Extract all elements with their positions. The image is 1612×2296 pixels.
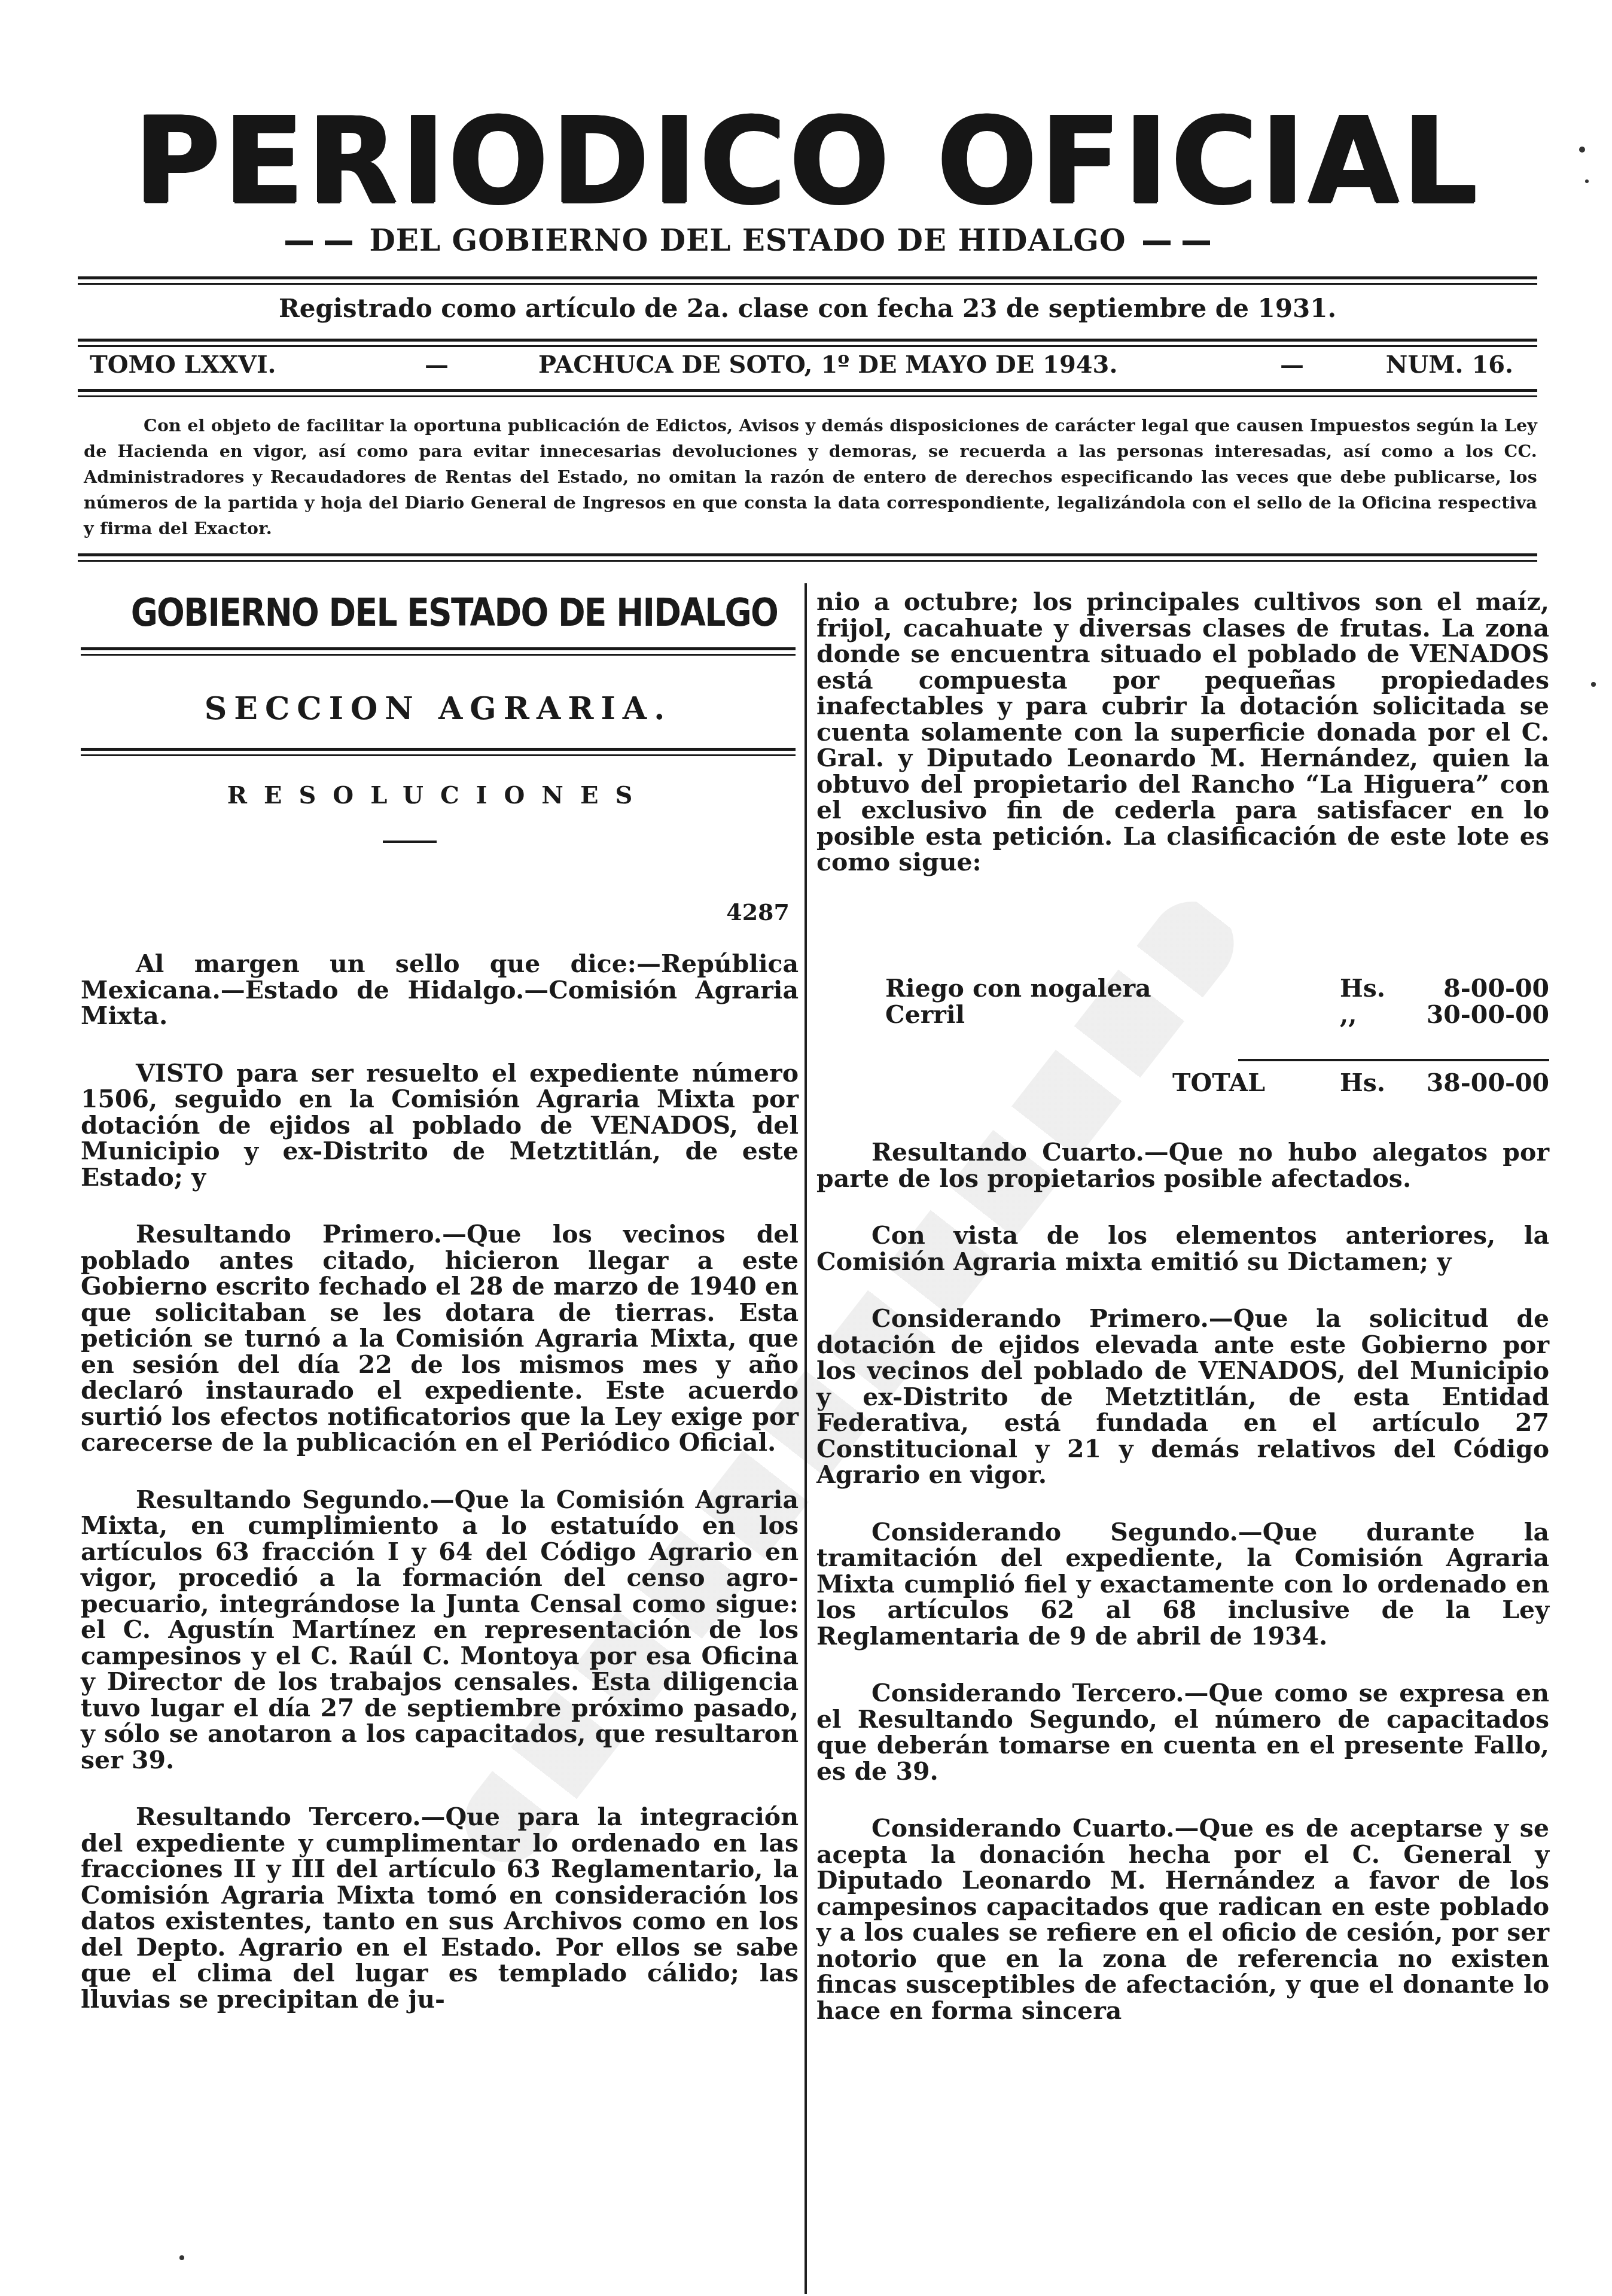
land-classification-table: Riego con nogalera Hs. 8-00-00 Cerril ,,… xyxy=(885,975,1549,1028)
unit: ,, xyxy=(1340,1001,1357,1028)
paragraph-considerando-cuarto: Considerando Cuarto.—Que es de aceptarse… xyxy=(816,1816,1549,2024)
document-number: 4287 xyxy=(646,897,790,927)
paragraph-considerando-tercero: Considerando Tercero.—Que como se expres… xyxy=(816,1680,1549,1785)
issue-line: TOMO LXXVI. — PACHUCA DE SOTO, 1º DE MAY… xyxy=(90,348,1525,382)
dash-decoration xyxy=(285,240,313,245)
total-rule xyxy=(1238,1059,1549,1061)
masthead-subtitle: DEL GOBIERNO DEL ESTADO DE HIDALGO xyxy=(179,223,1316,258)
dash-decoration xyxy=(1183,240,1210,245)
header-rule xyxy=(78,553,1537,562)
right-column-top: nio a octubre; los principales cultivos … xyxy=(816,589,1549,907)
land-type: Riego con nogalera xyxy=(885,975,1151,1001)
header-rule xyxy=(78,276,1537,285)
table-total-row: TOTAL Hs. 38-00-00 xyxy=(885,1068,1549,1098)
scan-speck xyxy=(1585,179,1589,183)
unit: Hs. xyxy=(1340,975,1385,1001)
paragraph-resultando-tercero: Resultando Tercero.—Que para la integrac… xyxy=(81,1804,799,2012)
paragraph-dictamen: Con vista de los elementos anteriores, l… xyxy=(816,1223,1549,1275)
subtitle-text: DEL GOBIERNO DEL ESTADO DE HIDALGO xyxy=(369,223,1126,258)
place-date: PACHUCA DE SOTO, 1º DE MAYO DE 1943. xyxy=(538,348,1117,382)
subsection-heading: RESOLUCIONES xyxy=(81,778,796,814)
left-column-body: Al margen un sello que dice:—República M… xyxy=(81,951,799,2044)
area-value: 30-00-00 xyxy=(1427,1001,1549,1028)
registration-line: Registrado como artículo de 2a. clase co… xyxy=(78,292,1537,325)
table-row: Cerril ,, 30-00-00 xyxy=(885,1001,1549,1028)
dash-decoration xyxy=(1143,240,1171,245)
unit: Hs. xyxy=(1340,1068,1385,1098)
header-rule xyxy=(78,389,1537,397)
section-rule xyxy=(81,748,796,756)
masthead-title: PERIODICO OFICIAL xyxy=(84,101,1531,223)
paragraph-continuation: nio a octubre; los principales cultivos … xyxy=(816,589,1549,876)
short-rule xyxy=(383,841,437,843)
section-heading: SECCION AGRARIA. xyxy=(81,685,796,733)
header-rule xyxy=(78,339,1537,347)
table-row: Riego con nogalera Hs. 8-00-00 xyxy=(885,975,1549,1001)
area-value: 8-00-00 xyxy=(1443,975,1549,1001)
section-rule xyxy=(81,647,796,656)
paragraph-considerando-primero: Considerando Primero.—Que la solicitud d… xyxy=(816,1306,1549,1488)
scan-speck xyxy=(1591,682,1596,687)
land-type: Cerril xyxy=(885,1001,965,1028)
paragraph-visto: VISTO para ser resuelto el expediente nú… xyxy=(81,1061,799,1191)
total-label: TOTAL xyxy=(1172,1068,1265,1098)
paragraph-considerando-segundo: Considerando Segundo.—Que durante la tra… xyxy=(816,1519,1549,1650)
scan-speck xyxy=(179,2255,184,2260)
paragraph-seal: Al margen un sello que dice:—República M… xyxy=(81,951,799,1030)
dash-decoration xyxy=(325,240,352,245)
publication-notice: Con el objeto de facilitar la oportuna p… xyxy=(84,413,1537,541)
paragraph-resultando-cuarto: Resultando Cuarto.—Que no hubo alegatos … xyxy=(816,1140,1549,1192)
right-column-bottom: Resultando Cuarto.—Que no hubo alegatos … xyxy=(816,1140,1549,2055)
volume-label: TOMO LXXVI. xyxy=(90,348,276,382)
separator: — xyxy=(1280,348,1304,382)
separator: — xyxy=(425,348,449,382)
government-heading: GOBIERNO DEL ESTADO DE HIDALGO xyxy=(131,586,746,640)
paragraph-resultando-segundo: Resultando Segundo.—Que la Comisión Agra… xyxy=(81,1487,799,1774)
issue-number: NUM. 16. xyxy=(1386,348,1513,382)
total-value: 38-00-00 xyxy=(1427,1068,1549,1098)
column-divider xyxy=(805,583,807,2294)
scan-speck xyxy=(1579,147,1585,153)
paragraph-resultando-primero: Resultando Primero.—Que los vecinos del … xyxy=(81,1222,799,1456)
